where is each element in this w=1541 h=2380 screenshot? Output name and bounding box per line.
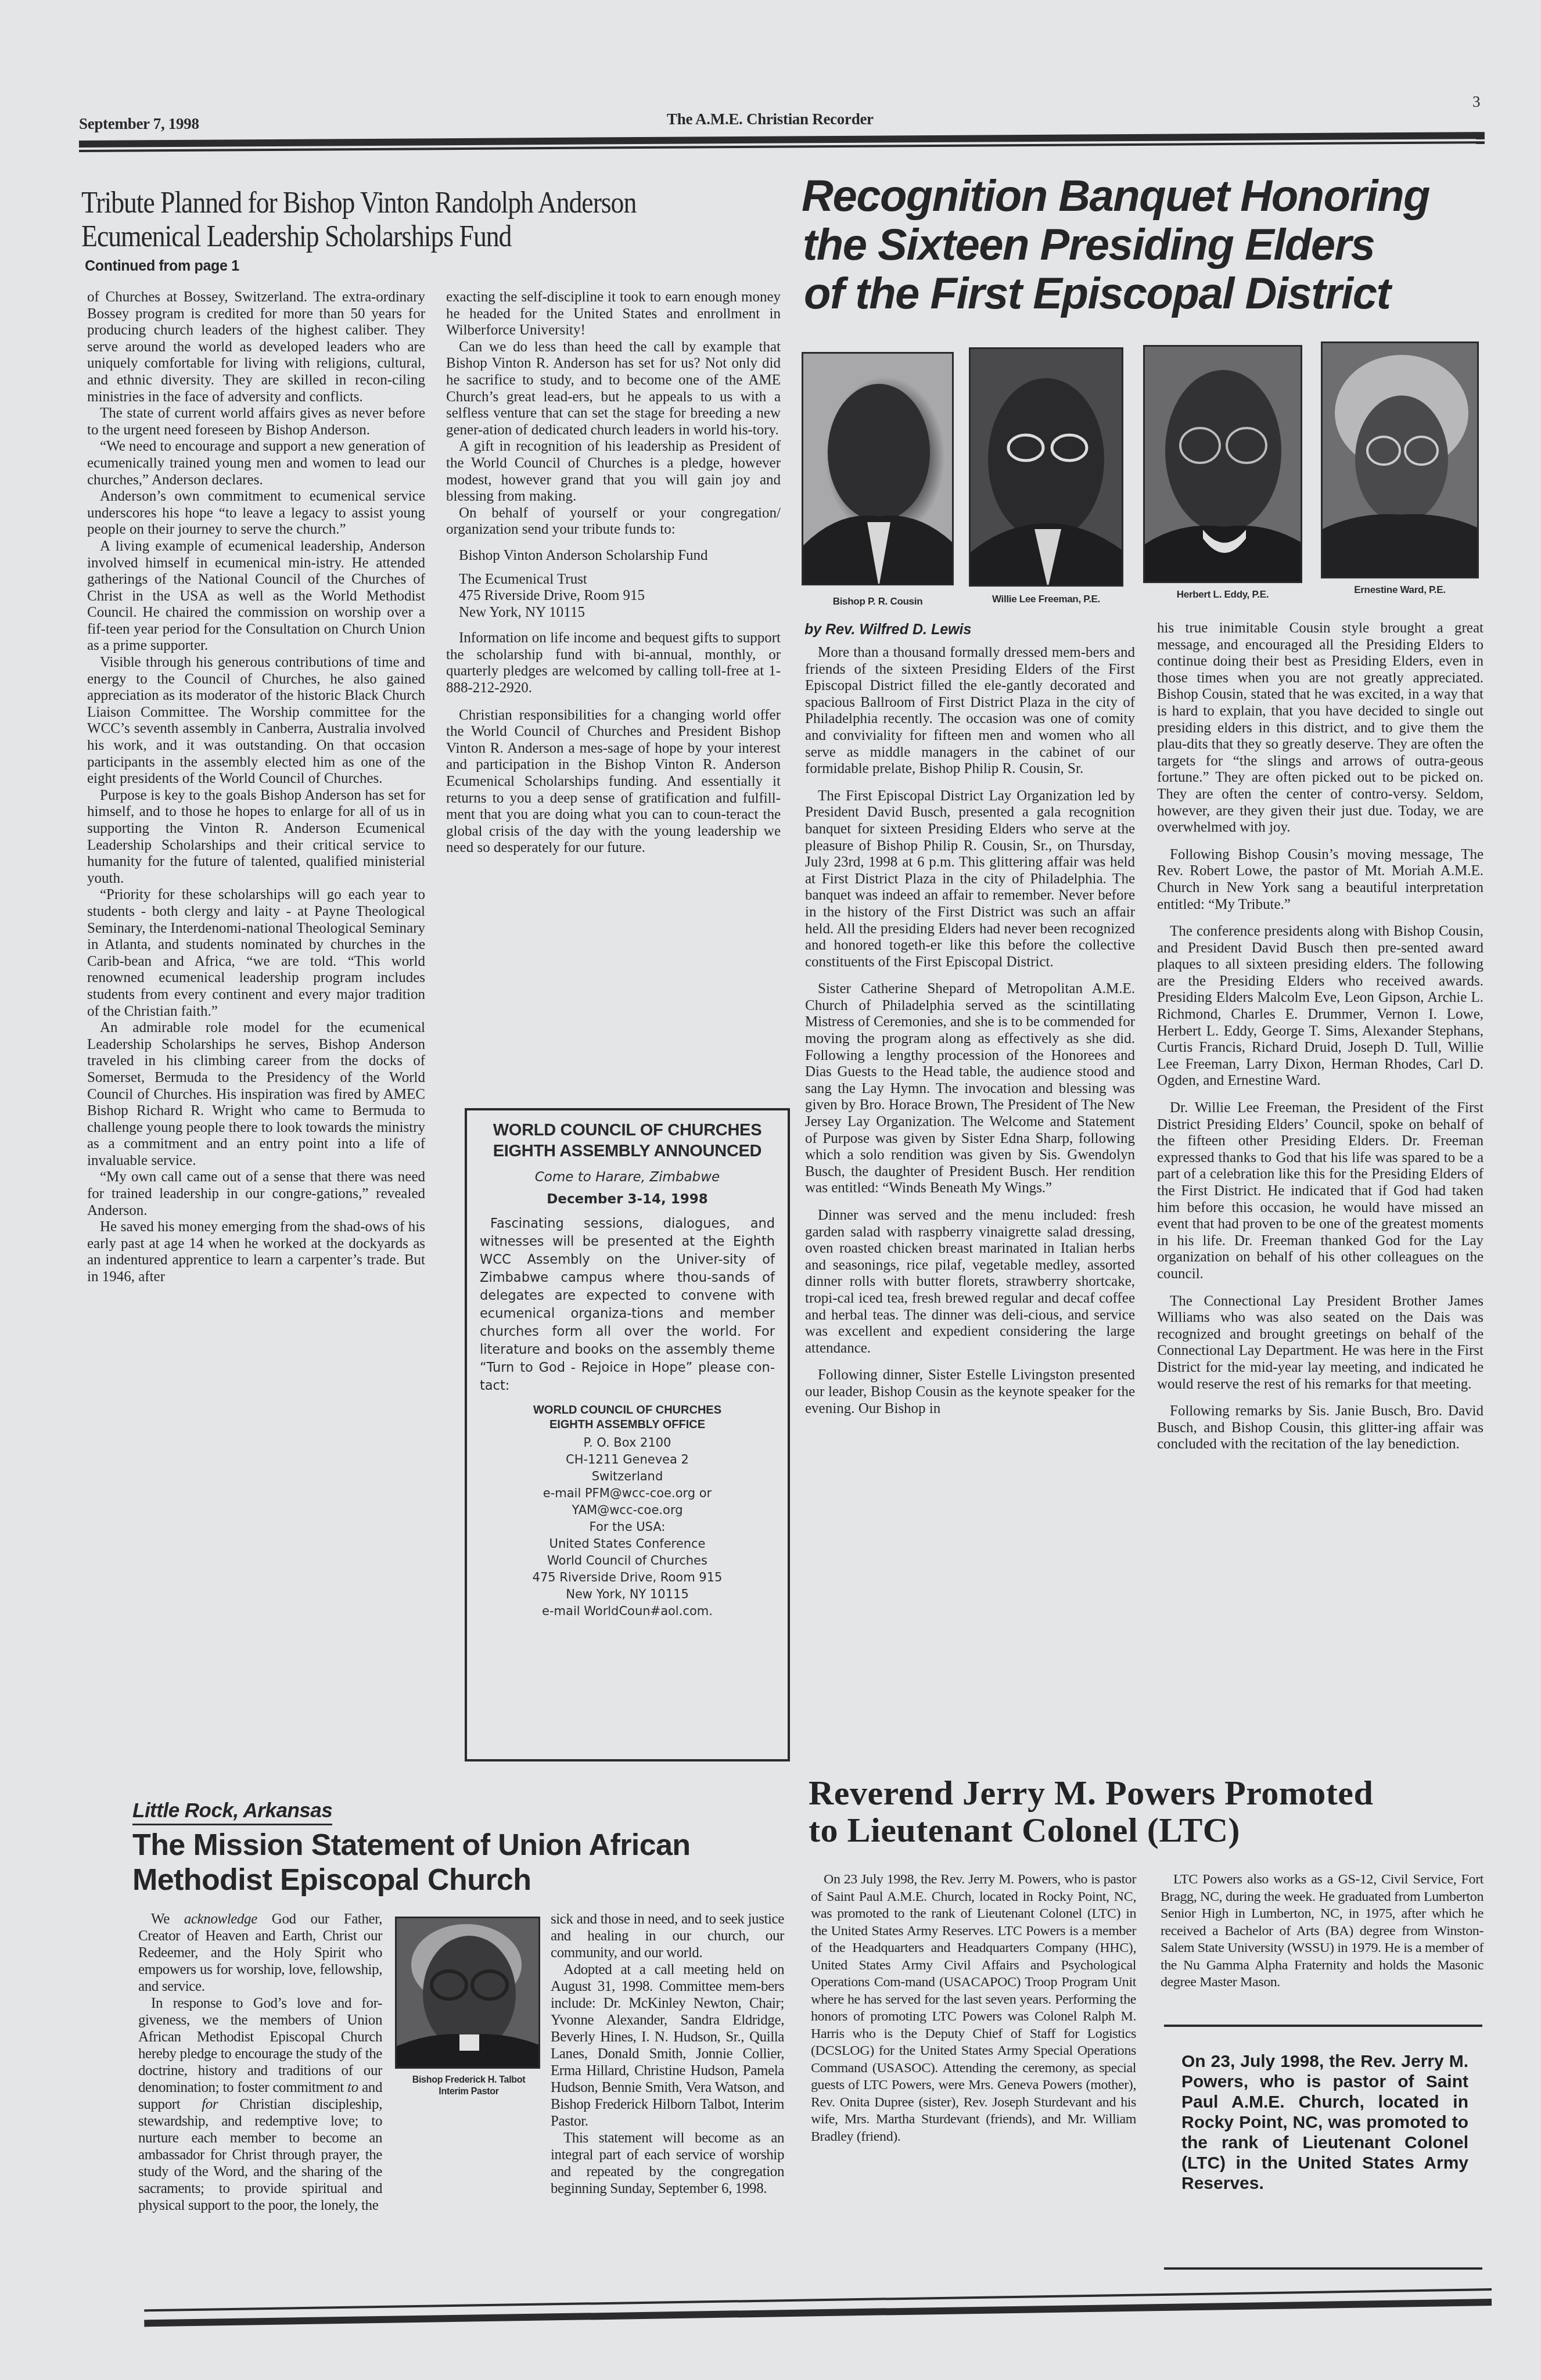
paragraph: He saved his money emerging from the sha…	[87, 1219, 425, 1285]
portrait-silhouette-icon	[1323, 343, 1479, 578]
continued-from-label: Continued from page 1	[85, 258, 239, 275]
page-number: 3	[1472, 93, 1480, 111]
portrait-photo	[1321, 341, 1479, 578]
paragraph: “My own call came out of a sense that th…	[87, 1169, 425, 1219]
paragraph: Can we do less than heed the call by exa…	[446, 339, 781, 439]
paragraph: A gift in recognition of his leadership …	[446, 438, 781, 505]
paragraph: Dr. Willie Lee Freeman, the President of…	[1157, 1100, 1483, 1283]
paragraph: of Churches at Bossey, Switzerland. The …	[87, 289, 425, 405]
portrait-photo	[395, 1917, 540, 2069]
mission-column-1-top: We acknowledge God our Father, Creator o…	[138, 1911, 382, 2214]
paragraph: A living example of ecumenical leadershi…	[87, 538, 425, 655]
paragraph: exacting the self-discipline it took to …	[446, 289, 781, 339]
publication-name: The A.M.E. Christian Recorder	[667, 110, 874, 128]
emphasis: to	[347, 2080, 358, 2095]
powers-headline-line2: to Lieutenant Colonel (LTC)	[809, 1811, 1240, 1849]
paragraph: This statement will become as an integra…	[551, 2130, 784, 2197]
mission-headline-line2: Methodist Episcopal Church	[132, 1863, 531, 1897]
portrait-photo	[802, 352, 954, 585]
wcc-text: Fascinating sessions, dialogues, and wit…	[480, 1215, 775, 1395]
paragraph: “Priority for these scholarships will go…	[87, 887, 425, 1020]
paragraph: An admirable role model for the ecumenic…	[87, 1020, 425, 1169]
banquet-headline-line3: of the First Episcopal District	[804, 271, 1390, 317]
photo-caption: Willie Lee Freeman, P.E.	[969, 594, 1123, 605]
banquet-headline-line1: Recognition Banquet Honoring	[802, 173, 1429, 220]
banquet-headline-line2: the Sixteen Presiding Elders	[803, 222, 1374, 268]
paragraph: On 23 July 1998, the Rev. Jerry M. Power…	[811, 1871, 1136, 2145]
address-line: CH-1211 Genevea 2	[480, 1451, 775, 1468]
wcc-office-line2: EIGHTH ASSEMBLY OFFICE	[480, 1418, 775, 1432]
tribute-column-1: of Churches at Bossey, Switzerland. The …	[87, 289, 425, 1286]
address-line: The Ecumenical Trust	[459, 571, 781, 588]
portrait-silhouette-icon	[397, 1918, 540, 2069]
email-line: e-mail PFM@wcc-coe.org or	[480, 1485, 775, 1502]
wcc-heading-line1: WORLD COUNCIL OF CHURCHES	[480, 1120, 775, 1141]
portrait-silhouette-icon	[1145, 347, 1302, 583]
text-run: Christian discipleship, stewardship, and…	[138, 2097, 382, 2213]
pull-quote-rule-bottom	[1164, 2267, 1482, 2270]
paragraph: The Connectional Lay President Brother J…	[1157, 1293, 1483, 1393]
paragraph: Dinner was served and the menu included:…	[805, 1207, 1135, 1357]
pull-quote: On 23, July 1998, the Rev. Jerry M. Powe…	[1181, 2051, 1468, 2194]
wcc-subheading: Come to Harare, Zimbabwe	[480, 1170, 775, 1185]
paragraph: Following dinner, Sister Estelle Livings…	[805, 1367, 1135, 1417]
address-line: For the USA:	[480, 1519, 775, 1536]
paragraph: Following remarks by Sis. Janie Busch, B…	[1157, 1403, 1483, 1453]
paragraph: Christian responsibilities for a changin…	[446, 707, 781, 857]
paragraph: his true inimitable Cousin style brought…	[1157, 620, 1483, 836]
paragraph: The First Episcopal District Lay Organiz…	[805, 788, 1135, 971]
photo-caption: Ernestine Ward, P.E.	[1321, 584, 1479, 596]
text-run: We	[151, 1911, 184, 1927]
dateline-location: Little Rock, Arkansas	[132, 1799, 332, 1825]
email-line: YAM@wcc-coe.org	[480, 1502, 775, 1519]
tribute-headline-line1: Tribute Planned for Bishop Vinton Randol…	[81, 187, 636, 220]
address-line: World Council of Churches	[480, 1552, 775, 1569]
paragraph: Purpose is key to the goals Bishop Ander…	[87, 788, 425, 887]
emphasis: acknowledge	[184, 1911, 257, 1927]
address-line: 475 Riverside Drive, Room 915	[459, 588, 781, 605]
banquet-column-2: his true inimitable Cousin style brought…	[1157, 620, 1483, 1453]
portrait-photo	[969, 347, 1123, 587]
address-line: United States Conference	[480, 1536, 775, 1552]
photo-caption: Bishop P. R. Cousin	[802, 596, 954, 607]
paragraph: On behalf of yourself or your congregati…	[446, 505, 781, 538]
wcc-dates: December 3-14, 1998	[480, 1192, 775, 1207]
footer-rule-thick	[144, 2299, 1492, 2327]
address-line: New York, NY 10115	[459, 605, 781, 621]
caption-line: Bishop Frederick H. Talbot	[390, 2075, 547, 2086]
address-line: P. O. Box 2100	[480, 1435, 775, 1451]
address-line: 475 Riverside Drive, Room 915	[480, 1569, 775, 1586]
powers-column-1: On 23 July 1998, the Rev. Jerry M. Power…	[811, 1871, 1136, 2145]
paragraph: Adopted at a call meeting held on August…	[551, 1961, 784, 2130]
pull-quote-rule-top	[1164, 2025, 1482, 2027]
fund-mailing-address: Bishop Vinton Anderson Scholarship Fund …	[459, 548, 781, 621]
photo-caption: Bishop Frederick H. Talbot Interim Pasto…	[390, 2075, 547, 2098]
mission-column-2: sick and those in need, and to seek just…	[551, 1911, 784, 2197]
fund-name: Bishop Vinton Anderson Scholarship Fund	[459, 548, 781, 565]
portrait-silhouette-icon	[803, 354, 954, 585]
powers-column-2: LTC Powers also works as a GS-12, Civil …	[1161, 1871, 1483, 1991]
paragraph: Information on life income and bequest g…	[446, 630, 781, 696]
paragraph: Anderson’s own commitment to ecumenical …	[87, 488, 425, 538]
address-line: New York, NY 10115	[480, 1586, 775, 1603]
email-line: e-mail WorldCoun#aol.com.	[480, 1603, 775, 1620]
banquet-column-1: More than a thousand formally dressed me…	[805, 645, 1135, 1417]
caption-line: Interim Pastor	[390, 2086, 547, 2098]
tribute-column-2: exacting the self-discipline it took to …	[446, 289, 781, 857]
portrait-photo	[1143, 345, 1302, 583]
mission-headline-line1: The Mission Statement of Union African	[132, 1828, 690, 1862]
paragraph: sick and those in need, and to seek just…	[551, 1911, 784, 1961]
paragraph: LTC Powers also works as a GS-12, Civil …	[1161, 1871, 1483, 1991]
paragraph: The conference presidents along with Bis…	[1157, 923, 1483, 1090]
paragraph: The state of current world affairs gives…	[87, 405, 425, 438]
tribute-headline-line2: Ecumenical Leadership Scholarships Fund	[81, 221, 511, 253]
powers-headline-line1: Reverend Jerry M. Powers Promoted	[809, 1774, 1373, 1812]
wcc-heading-line2: EIGHTH ASSEMBLY ANNOUNCED	[480, 1141, 775, 1162]
paragraph: Visible through his generous contributio…	[87, 655, 425, 788]
wcc-assembly-box: WORLD COUNCIL OF CHURCHES EIGHTH ASSEMBL…	[465, 1108, 790, 1761]
text-run: In response to God’s love and for-givene…	[138, 1996, 382, 2095]
paragraph: Following Bishop Cousin’s moving message…	[1157, 847, 1483, 913]
photo-caption: Herbert L. Eddy, P.E.	[1143, 589, 1302, 601]
emphasis: for	[202, 2097, 218, 2112]
paragraph: “We need to encourage and support a new …	[87, 438, 425, 488]
wcc-office-line1: WORLD COUNCIL OF CHURCHES	[480, 1403, 775, 1418]
paragraph: Sister Catherine Shepard of Metropolitan…	[805, 981, 1135, 1197]
byline: by Rev. Wilfred D. Lewis	[804, 621, 971, 638]
paragraph: More than a thousand formally dressed me…	[805, 645, 1135, 778]
address-line: Switzerland	[480, 1468, 775, 1485]
wcc-address: P. O. Box 2100 CH-1211 Genevea 2 Switzer…	[480, 1435, 775, 1620]
portrait-silhouette-icon	[971, 349, 1123, 587]
issue-date: September 7, 1998	[79, 115, 199, 133]
